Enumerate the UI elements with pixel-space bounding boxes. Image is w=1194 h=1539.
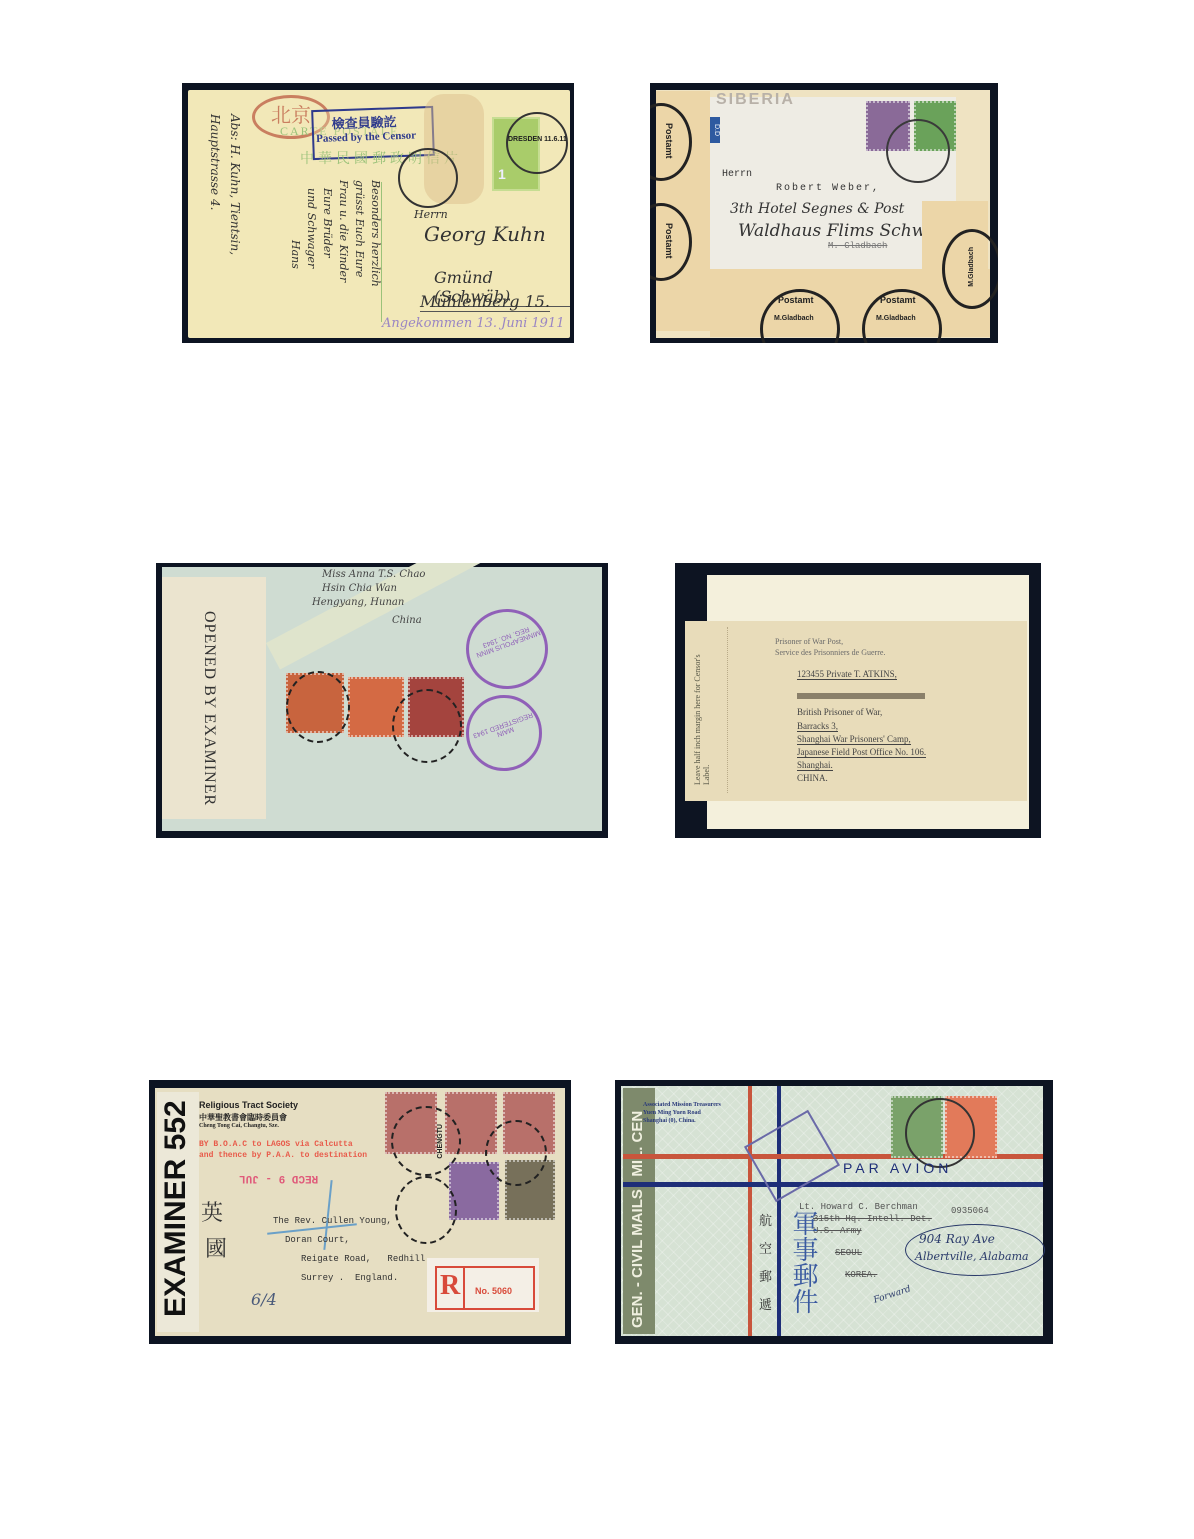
- pow-line: British Prisoner of War,: [797, 707, 882, 717]
- route-label: SIBERIA: [716, 91, 795, 109]
- dresden-postmark: [506, 112, 568, 174]
- postmark-city: CHENGTU: [437, 1124, 444, 1159]
- censor-label: OPENED BY EXAMINER: [162, 577, 266, 819]
- cover-examiner-552: EXAMINER 552 Religious Tract Society 中華聖…: [149, 1080, 571, 1344]
- pow-address-line: Japanese Field Post Office No. 106.: [797, 747, 926, 758]
- sender-address: Cheng Tong Cai, Changtu, Sze.: [199, 1123, 279, 1129]
- censor-tape-text: Postamt: [778, 295, 814, 305]
- registration-letter: R: [440, 1270, 460, 1302]
- forward-address-line: Albertville, Alabama: [915, 1250, 1029, 1263]
- sender-line: China: [392, 615, 422, 626]
- pow-address-line: CHINA.: [797, 773, 828, 783]
- sender-line: Hauptstrasse 4.: [208, 114, 222, 210]
- chengtu-postmark: [395, 1176, 457, 1244]
- blue-stripe-h: [623, 1182, 1043, 1187]
- censor-tape-text: Postamt: [664, 223, 674, 259]
- censor-tape-text: Postamt: [664, 123, 674, 159]
- chinese-postmark: [392, 689, 462, 763]
- stamp-value: 1: [498, 166, 506, 182]
- received-mark: RECD 9 - JUL: [239, 1172, 318, 1184]
- chengtu-postmark: [485, 1120, 547, 1186]
- address-line: SEOUL: [835, 1248, 862, 1258]
- arrival-note: Angekommen 13. Juni 1911: [382, 316, 564, 331]
- address-line: Surrey . England.: [301, 1273, 398, 1283]
- address-city: Waldhaus Flims Schweiz: [738, 221, 951, 241]
- message-line: Besonders herzlich: [369, 180, 382, 287]
- message-line: Eure Brüder: [321, 188, 334, 258]
- par-avion-label: PAR AVION: [843, 1160, 952, 1176]
- postmark: [905, 1098, 975, 1168]
- address-name: Georg Kuhn: [424, 222, 546, 246]
- chinese-airmail: 空: [759, 1238, 772, 1257]
- chinese-handwritten: 軍事郵件: [785, 1210, 822, 1314]
- message-body: Besonders herzlich grüsst Euch Eure Frau…: [284, 180, 384, 330]
- cover-postcard-dresden: 北京 CARTE POSTALE 檢查員驗訖 Passed by the Cen…: [182, 83, 574, 343]
- pow-address-line: Shanghai War Prisoners' Camp,: [797, 734, 911, 745]
- service-number: 0935064: [951, 1206, 989, 1216]
- pencil-note: 6/4: [251, 1290, 277, 1309]
- address-line: Reigate Road, Redhill: [301, 1254, 425, 1264]
- censor-tape-place: M.Gladbach: [876, 315, 916, 322]
- sender-chinese: 中華聖教書會臨時委員會: [199, 1112, 287, 1123]
- cover-prisoner-of-war: Leave half inch margin here for Censor's…: [675, 563, 1041, 838]
- pow-header-2: Service des Prisonniers de Guerre.: [775, 648, 885, 657]
- sender-line: Associated Mission Treasurers: [643, 1102, 721, 1108]
- chinese-postmark: [286, 671, 350, 743]
- address-line: Doran Court,: [285, 1235, 350, 1245]
- chinese-dest: 英: [201, 1196, 223, 1227]
- registration-box: R No. 5060: [435, 1266, 535, 1310]
- address-herrn: Herrn: [722, 169, 752, 180]
- chinese-dest: 國: [205, 1232, 227, 1263]
- registration-divider: [463, 1268, 465, 1308]
- censor-tape-text: Postamt: [880, 295, 916, 305]
- pow-address-line: 123455 Private T. ATKINS,: [797, 669, 897, 680]
- message-line: Hans: [289, 240, 302, 269]
- censor-tape-text: GEN. - CIVIL MAILS MIL. CEN: [629, 1092, 646, 1328]
- sender-line: Yuen Ming Yuen Road: [643, 1110, 701, 1116]
- postcard-paper: 北京 CARTE POSTALE 檢查員驗訖 Passed by the Cen…: [188, 90, 570, 338]
- sender-name: Religious Tract Society: [199, 1100, 298, 1110]
- chinese-airmail: 郵: [759, 1266, 772, 1285]
- postmark-text: DRESDEN 11.6.11: [508, 136, 567, 143]
- censor-tape: GEN. - CIVIL MAILS MIL. CEN: [623, 1088, 655, 1334]
- sender-line: Abs: H. Kuhn, Tientsin,: [228, 114, 242, 255]
- pow-header-1: Prisoner of War Post,: [775, 637, 843, 646]
- sender-line: Hsin Chia Wan: [322, 583, 397, 594]
- pow-address-line: Barracks 3,: [797, 721, 838, 732]
- pow-label: Leave half inch margin here for Censor's…: [685, 621, 1027, 801]
- chinese-airmail: 航: [759, 1210, 772, 1229]
- censor-tape-text: EXAMINER 552: [159, 1100, 193, 1324]
- chinese-airmail: 遞: [759, 1294, 772, 1313]
- message-line: grüsst Euch Eure: [353, 180, 366, 277]
- chengtu-postmark: [391, 1106, 461, 1176]
- forward-address-line: 904 Ray Ave: [919, 1232, 995, 1246]
- address-name: Robert Weber,: [776, 183, 880, 194]
- route-line: and thence by P.A.A. to destination: [199, 1151, 367, 1160]
- address-hotel: 3th Hotel Segnes & Post: [730, 201, 904, 217]
- struck-line: M. Gladbach: [828, 241, 887, 251]
- message-line: Frau u. die Kinder: [337, 180, 350, 282]
- censor-tape-place: M.Gladbach: [774, 315, 814, 322]
- registration-label: R No. 5060: [427, 1258, 539, 1312]
- perforation: [727, 627, 728, 793]
- sender-line: Shanghai (0), China.: [643, 1118, 696, 1124]
- censor-tape-place: M.Gladbach: [968, 247, 975, 287]
- pow-address-line: Shanghai.: [797, 760, 833, 771]
- cover-par-avion: GEN. - CIVIL MAILS MIL. CEN Associated M…: [615, 1080, 1053, 1344]
- address-street: Mühlenberg 15.: [420, 292, 550, 312]
- sender-line: Hengyang, Hunan: [312, 597, 404, 608]
- address-line: The Rev. Cullen Young,: [273, 1216, 392, 1226]
- registration-number: No. 5060: [475, 1286, 512, 1296]
- second-postmark: [398, 148, 458, 208]
- message-line: und Schwager: [305, 188, 318, 268]
- address-line: KOREA.: [845, 1270, 877, 1280]
- cover-opened-by-examiner: OPENED BY EXAMINER Miss Anna T.S. Chao H…: [156, 563, 608, 838]
- redaction: [797, 693, 925, 699]
- address-line: 315th Hq. Intell. Det.: [813, 1214, 932, 1224]
- cover-siberia-weber: SIBERIA D.D Herrn Robert Weber, 3th Hote…: [650, 83, 998, 343]
- censor-label-text: OPENED BY EXAMINER: [200, 611, 218, 806]
- red-stripe-v: [748, 1086, 752, 1336]
- message-left: Abs: H. Kuhn, Tientsin, Hauptstrasse 4.: [202, 110, 272, 330]
- sender-line: Miss Anna T.S. Chao: [322, 569, 425, 580]
- postmark: [886, 119, 950, 183]
- address-herrn: Herrn: [414, 208, 448, 221]
- censor-tape: EXAMINER 552: [157, 1092, 199, 1332]
- route-line: BY B.O.A.C to LAGOS via Calcutta: [199, 1140, 353, 1149]
- margin-note: Leave half inch margin here for Censor's…: [693, 635, 725, 785]
- blue-stripe-v: [777, 1086, 781, 1336]
